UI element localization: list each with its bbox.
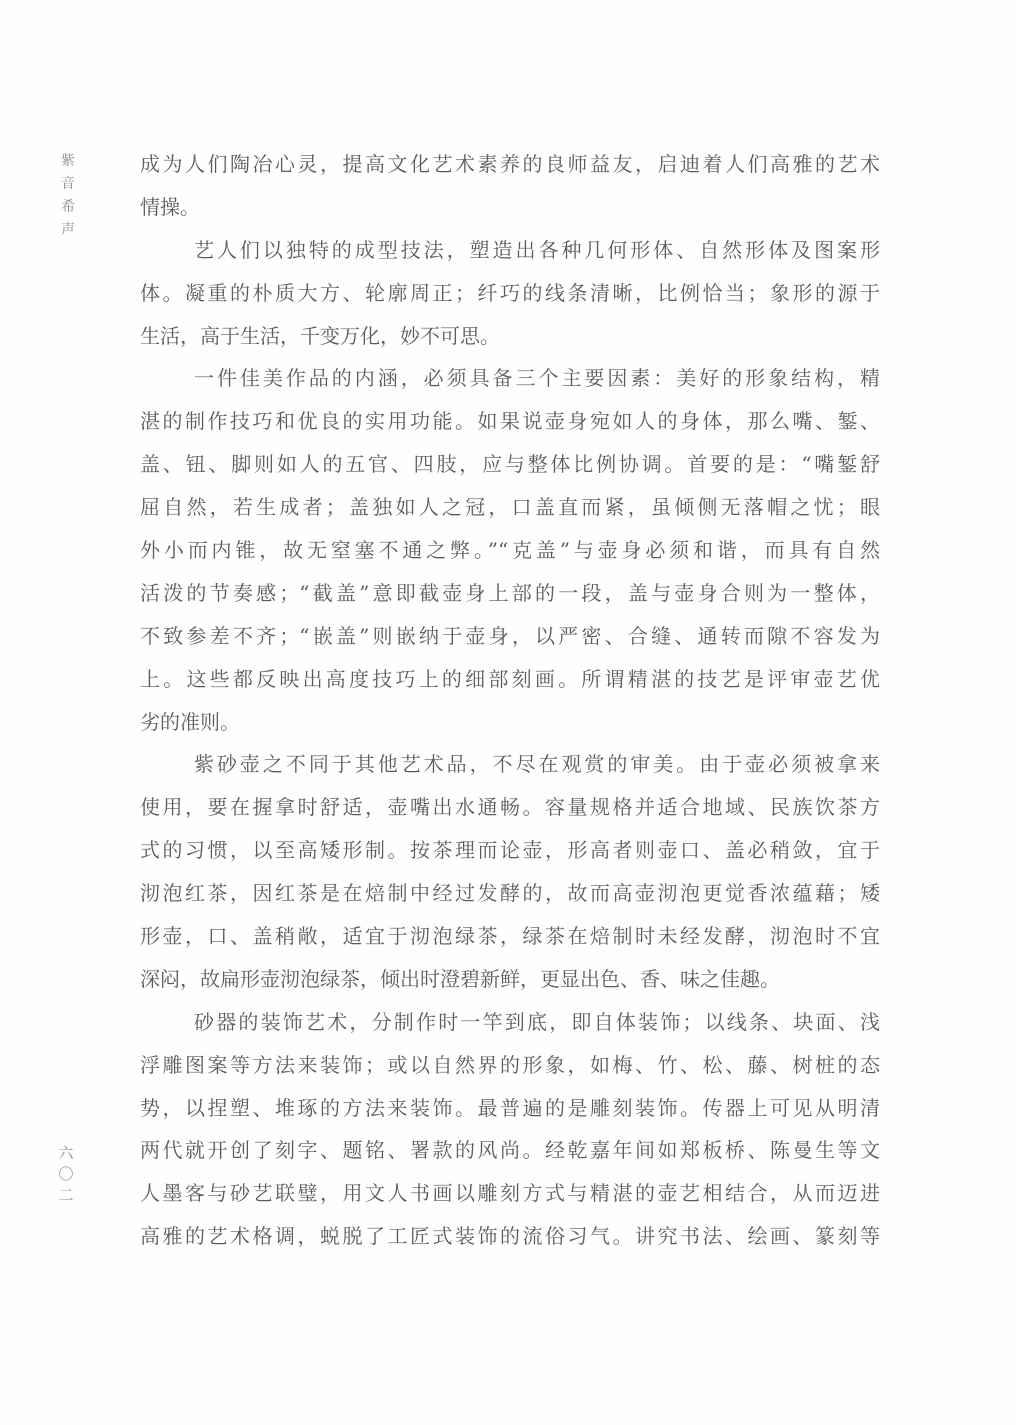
body-text: 成为人们陶冶心灵，提高文化艺术素养的良师益友，启迪着人们高雅的艺术 情操。 艺人… <box>140 146 880 1261</box>
text-line: 体。凝重的朴质大方、轮廓周正；纤巧的线条清晰，比例恰当；象形的源于 <box>140 275 880 318</box>
text-line: 势，以捏塑、堆琢的方法来装饰。最普遍的是雕刻装饰。传器上可见从明清 <box>140 1090 880 1133</box>
text-line: 沏泡红茶，因红茶是在焙制中经过发酵的，故而高壶沏泡更觉香浓蕴藉；矮 <box>140 875 880 918</box>
paragraph: 紫砂壶之不同于其他艺术品，不尽在观赏的审美。由于壶必须被拿来 使用，要在握拿时舒… <box>140 746 880 1003</box>
running-head-book-title: 紫音希声 <box>58 150 78 242</box>
text-line: 外小而内锥，故无窒塞不通之弊。”“克盖”与壶身必须和谐，而具有自然 <box>140 532 880 575</box>
page-number: 六〇二 <box>56 1143 76 1206</box>
text-line: 一件佳美作品的内涵，必须具备三个主要因素：美好的形象结构，精 <box>140 360 880 403</box>
text-line: 式的习惯，以至高矮形制。按茶理而论壶，形高者则壶口、盖必稍敛，宜于 <box>140 832 880 875</box>
text-line: 深闷，故扁形壶沏泡绿茶，倾出时澄碧新鲜，更显出色、香、味之佳趣。 <box>140 961 880 1004</box>
text-line: 形壶，口、盖稍敞，适宜于沏泡绿茶，绿茶在焙制时未经发酵，沏泡时不宜 <box>140 918 880 961</box>
text-line: 使用，要在握拿时舒适，壶嘴出水通畅。容量规格并适合地域、民族饮茶方 <box>140 789 880 832</box>
text-line: 紫砂壶之不同于其他艺术品，不尽在观赏的审美。由于壶必须被拿来 <box>140 746 880 789</box>
text-line: 劣的准则。 <box>140 704 880 747</box>
text-line: 艺人们以独特的成型技法，塑造出各种几何形体、自然形体及图案形 <box>140 232 880 275</box>
text-line: 活泼的节奏感；“截盖”意即截壶身上部的一段，盖与壶身合则为一整体， <box>140 575 880 618</box>
paragraph: 成为人们陶冶心灵，提高文化艺术素养的良师益友，启迪着人们高雅的艺术 情操。 <box>140 146 880 232</box>
text-line: 砂器的装饰艺术，分制作时一竿到底，即自体装饰；以线条、块面、浅 <box>140 1004 880 1047</box>
text-line: 不致参差不齐；“嵌盖”则嵌纳于壶身，以严密、合缝、通转而隙不容发为 <box>140 618 880 661</box>
text-line: 情操。 <box>140 189 880 232</box>
text-line: 盖、钮、脚则如人的五官、四肢，应与整体比例协调。首要的是：“嘴錾舒 <box>140 446 880 489</box>
text-line: 湛的制作技巧和优良的实用功能。如果说壶身宛如人的身体，那么嘴、錾、 <box>140 403 880 446</box>
paragraph: 艺人们以独特的成型技法，塑造出各种几何形体、自然形体及图案形 体。凝重的朴质大方… <box>140 232 880 361</box>
text-line: 两代就开创了刻字、题铭、署款的风尚。经乾嘉年间如郑板桥、陈曼生等文 <box>140 1132 880 1175</box>
text-line: 高雅的艺术格调，蜕脱了工匠式装饰的流俗习气。讲究书法、绘画、篆刻等 <box>140 1218 880 1261</box>
text-line: 人墨客与砂艺联璧，用文人书画以雕刻方式与精湛的壶艺相结合，从而迈进 <box>140 1175 880 1218</box>
text-line: 屈自然，若生成者；盖独如人之冠，口盖直而紧，虽倾侧无落帽之忧；眼 <box>140 489 880 532</box>
paragraph: 砂器的装饰艺术，分制作时一竿到底，即自体装饰；以线条、块面、浅 浮雕图案等方法来… <box>140 1004 880 1261</box>
text-line: 生活，高于生活，千变万化，妙不可思。 <box>140 318 880 361</box>
text-line: 上。这些都反映出高度技巧上的细部刻画。所谓精湛的技艺是评审壶艺优 <box>140 661 880 704</box>
text-line: 浮雕图案等方法来装饰；或以自然界的形象，如梅、竹、松、藤、树桩的态 <box>140 1047 880 1090</box>
text-line: 成为人们陶冶心灵，提高文化艺术素养的良师益友，启迪着人们高雅的艺术 <box>140 146 880 189</box>
paragraph: 一件佳美作品的内涵，必须具备三个主要因素：美好的形象结构，精 湛的制作技巧和优良… <box>140 360 880 746</box>
